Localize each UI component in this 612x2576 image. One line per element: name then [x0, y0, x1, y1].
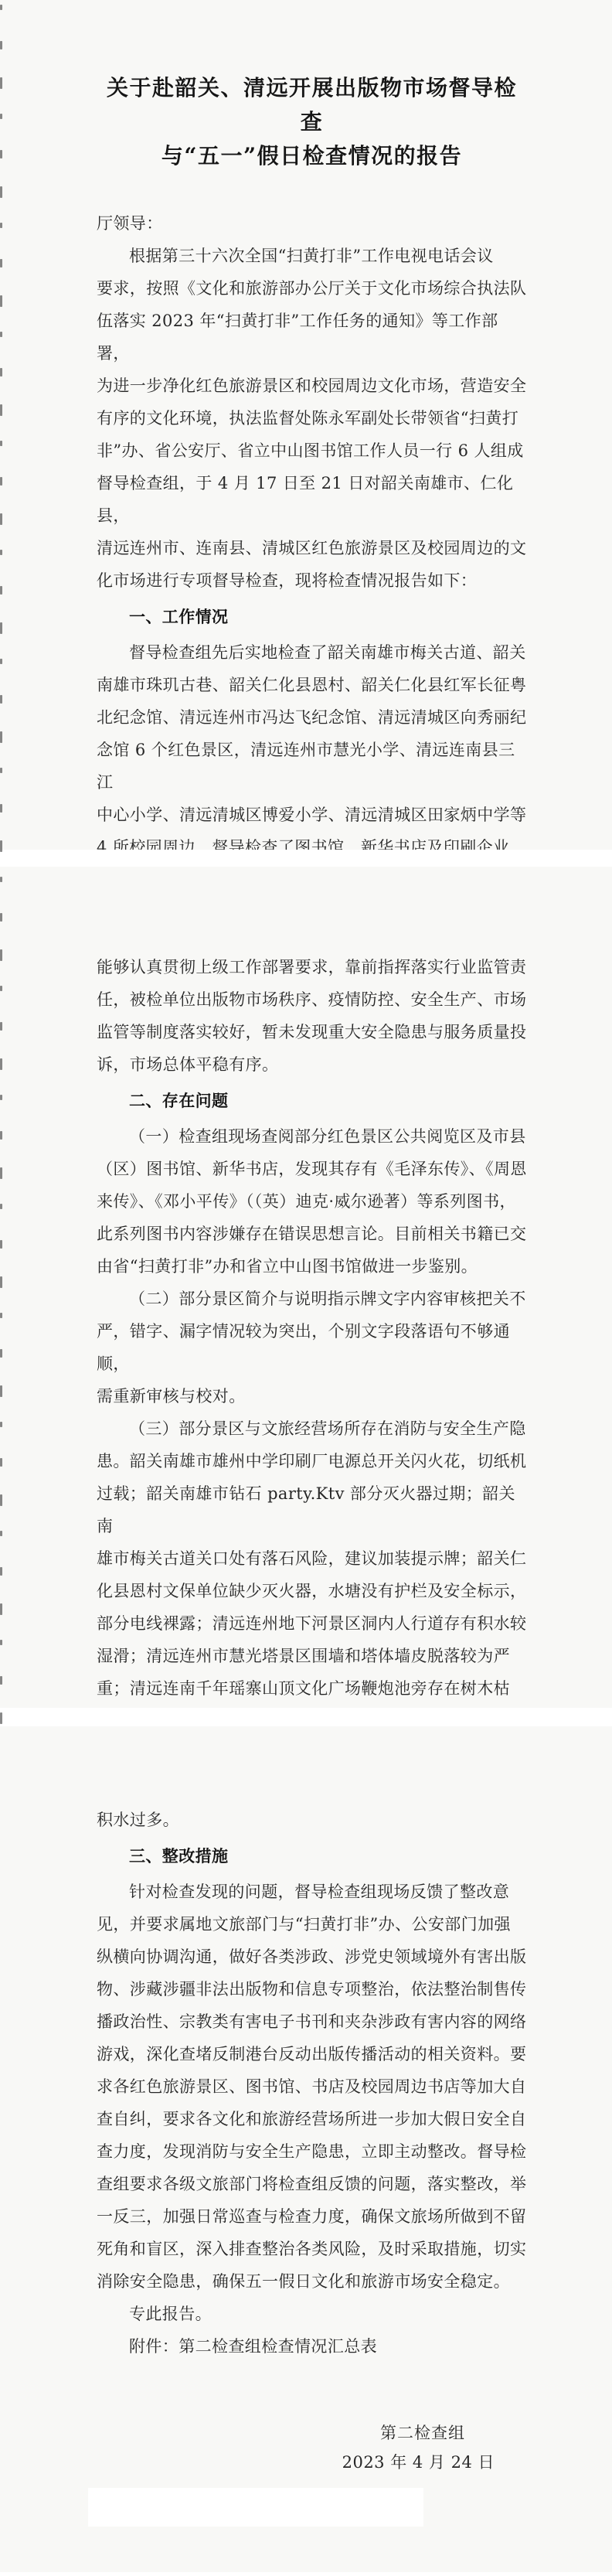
attachment-line: 附件：第二检查组检查情况汇总表 — [97, 2330, 527, 2363]
issue-item-2: （二）部分景区简介与说明指示牌文字内容审核把关不 严，错字、漏字情况较为突出，个… — [97, 1283, 527, 1412]
page-3: 积水过多。 三、整改措施 针对检查发现的问题，督导检查组现场反馈了整改意 见，并… — [0, 1726, 612, 2576]
closing-line: 专此报告。 — [97, 2298, 527, 2330]
scan-white-patch — [88, 2488, 423, 2527]
issue-item-3-part1: （三）部分景区与文旅经营场所存在消防与安全生产隐 患。韶关南雄市雄州中学印刷厂电… — [97, 1412, 527, 1708]
scanned-report-document: { "report": { "title": "关于赴韶关、清远开展出版物市场督… — [0, 0, 612, 2576]
section-heading-issues: 二、存在问题 — [97, 1085, 527, 1117]
signature-date: 2023 年 4 月 24 日 — [342, 2448, 495, 2476]
work-paragraph-part2: 能够认真贯彻上级工作部署要求，靠前指挥落实行业监管责 任，被检单位出版物市场秩序… — [97, 951, 527, 1081]
section-heading-rectification: 三、整改措施 — [97, 1840, 527, 1872]
work-paragraph-part1: 督导检查组先后实地检查了韶关南雄市梅关古道、韶关 南雄市珠玑古巷、韶关仁化县恩村… — [97, 636, 527, 850]
salutation: 厅领导： — [97, 207, 527, 240]
section-heading-work: 一、工作情况 — [97, 601, 527, 633]
report-title: 关于赴韶关、清远开展出版物市场督导检查 与“五一”假日检查情况的报告 — [97, 71, 527, 173]
signature-group: 第二检查组 — [380, 2419, 465, 2447]
scan-artifact-speck — [0, 1712, 2, 1724]
issue-item-1: （一）检查组现场查阅部分红色景区公共阅览区及市县 （区）图书馆、新华书店，发现其… — [97, 1120, 527, 1283]
page-2: 能够认真贯彻上级工作部署要求，靠前指挥落实行业监管责 任，被检单位出版物市场秩序… — [0, 867, 612, 1708]
rectification-paragraph: 针对检查发现的问题，督导检查组现场反馈了整改意 见，并要求属地文旅部门与“扫黄打… — [97, 1876, 527, 2298]
issue-item-3-part2: 积水过多。 — [97, 1804, 527, 1836]
page-bottom-edge — [0, 2572, 612, 2576]
intro-paragraph: 根据第三十六次全国“扫黄打非”工作电视电话会议 要求，按照《文化和旅游部办公厅关… — [97, 240, 527, 597]
page-1: 关于赴韶关、清远开展出版物市场督导检查 与“五一”假日检查情况的报告 厅领导： … — [0, 0, 612, 850]
